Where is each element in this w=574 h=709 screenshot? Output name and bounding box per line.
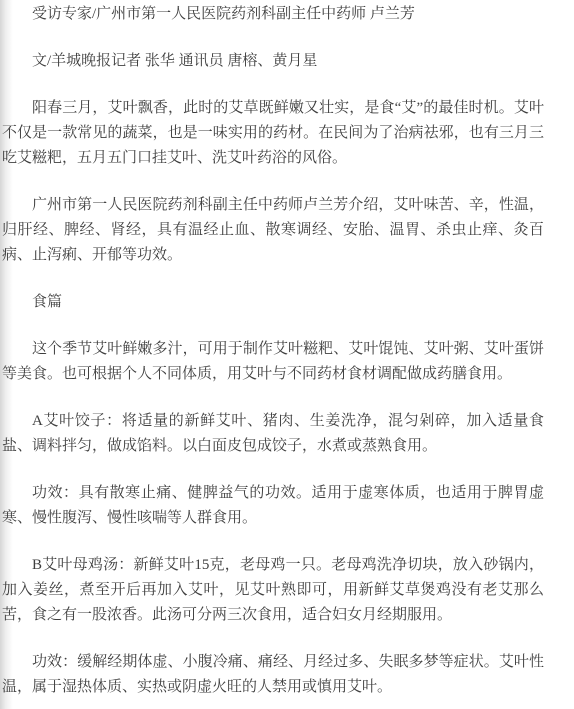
recipe-a-dumpling-paragraph: A艾叶饺子：将适量的新鲜艾叶、猪肉、生姜洗净，混匀剁碎，加入适量食盐、调料拌匀，…: [2, 409, 544, 459]
byline-reporter: 文/羊城晚报记者 张华 通讯员 唐榕、黄月星: [2, 49, 544, 74]
recipe-b-effect-paragraph: 功效：缓解经期体虚、小腹冷痛、痛经、月经过多、失眠多梦等症状。艾叶性温，属于湿热…: [2, 650, 544, 700]
article-page: 受访专家/广州市第一人民医院药剂科副主任中药师 卢兰芳 文/羊城晚报记者 张华 …: [0, 0, 574, 709]
food-overview-paragraph: 这个季节艾叶鲜嫩多汁，可用于制作艾叶糍粑、艾叶馄饨、艾叶粥、艾叶蛋饼等美食。也可…: [2, 337, 544, 387]
recipe-b-chicken-soup-paragraph: B艾叶母鸡汤：新鲜艾叶15克，老母鸡一只。老母鸡洗净切块，放入砂锅内，加入姜丝，…: [2, 553, 544, 628]
expert-intro-paragraph: 广州市第一人民医院药剂科副主任中药师卢兰芳介绍，艾叶味苦、辛，性温，归肝经、脾经…: [2, 193, 544, 268]
section-heading-food: 食篇: [2, 290, 544, 315]
byline-expert: 受访专家/广州市第一人民医院药剂科副主任中药师 卢兰芳: [2, 2, 544, 27]
article-body: 受访专家/广州市第一人民医院药剂科副主任中药师 卢兰芳 文/羊城晚报记者 张华 …: [0, 0, 574, 700]
recipe-a-effect-paragraph: 功效：具有散寒止痛、健脾益气的功效。适用于虚寒体质，也适用于脾胃虚寒、慢性腹泻、…: [2, 481, 544, 531]
intro-paragraph: 阳春三月，艾叶飘香，此时的艾草既鲜嫩又壮实，是食“艾”的最佳时机。艾叶不仅是一款…: [2, 96, 544, 171]
